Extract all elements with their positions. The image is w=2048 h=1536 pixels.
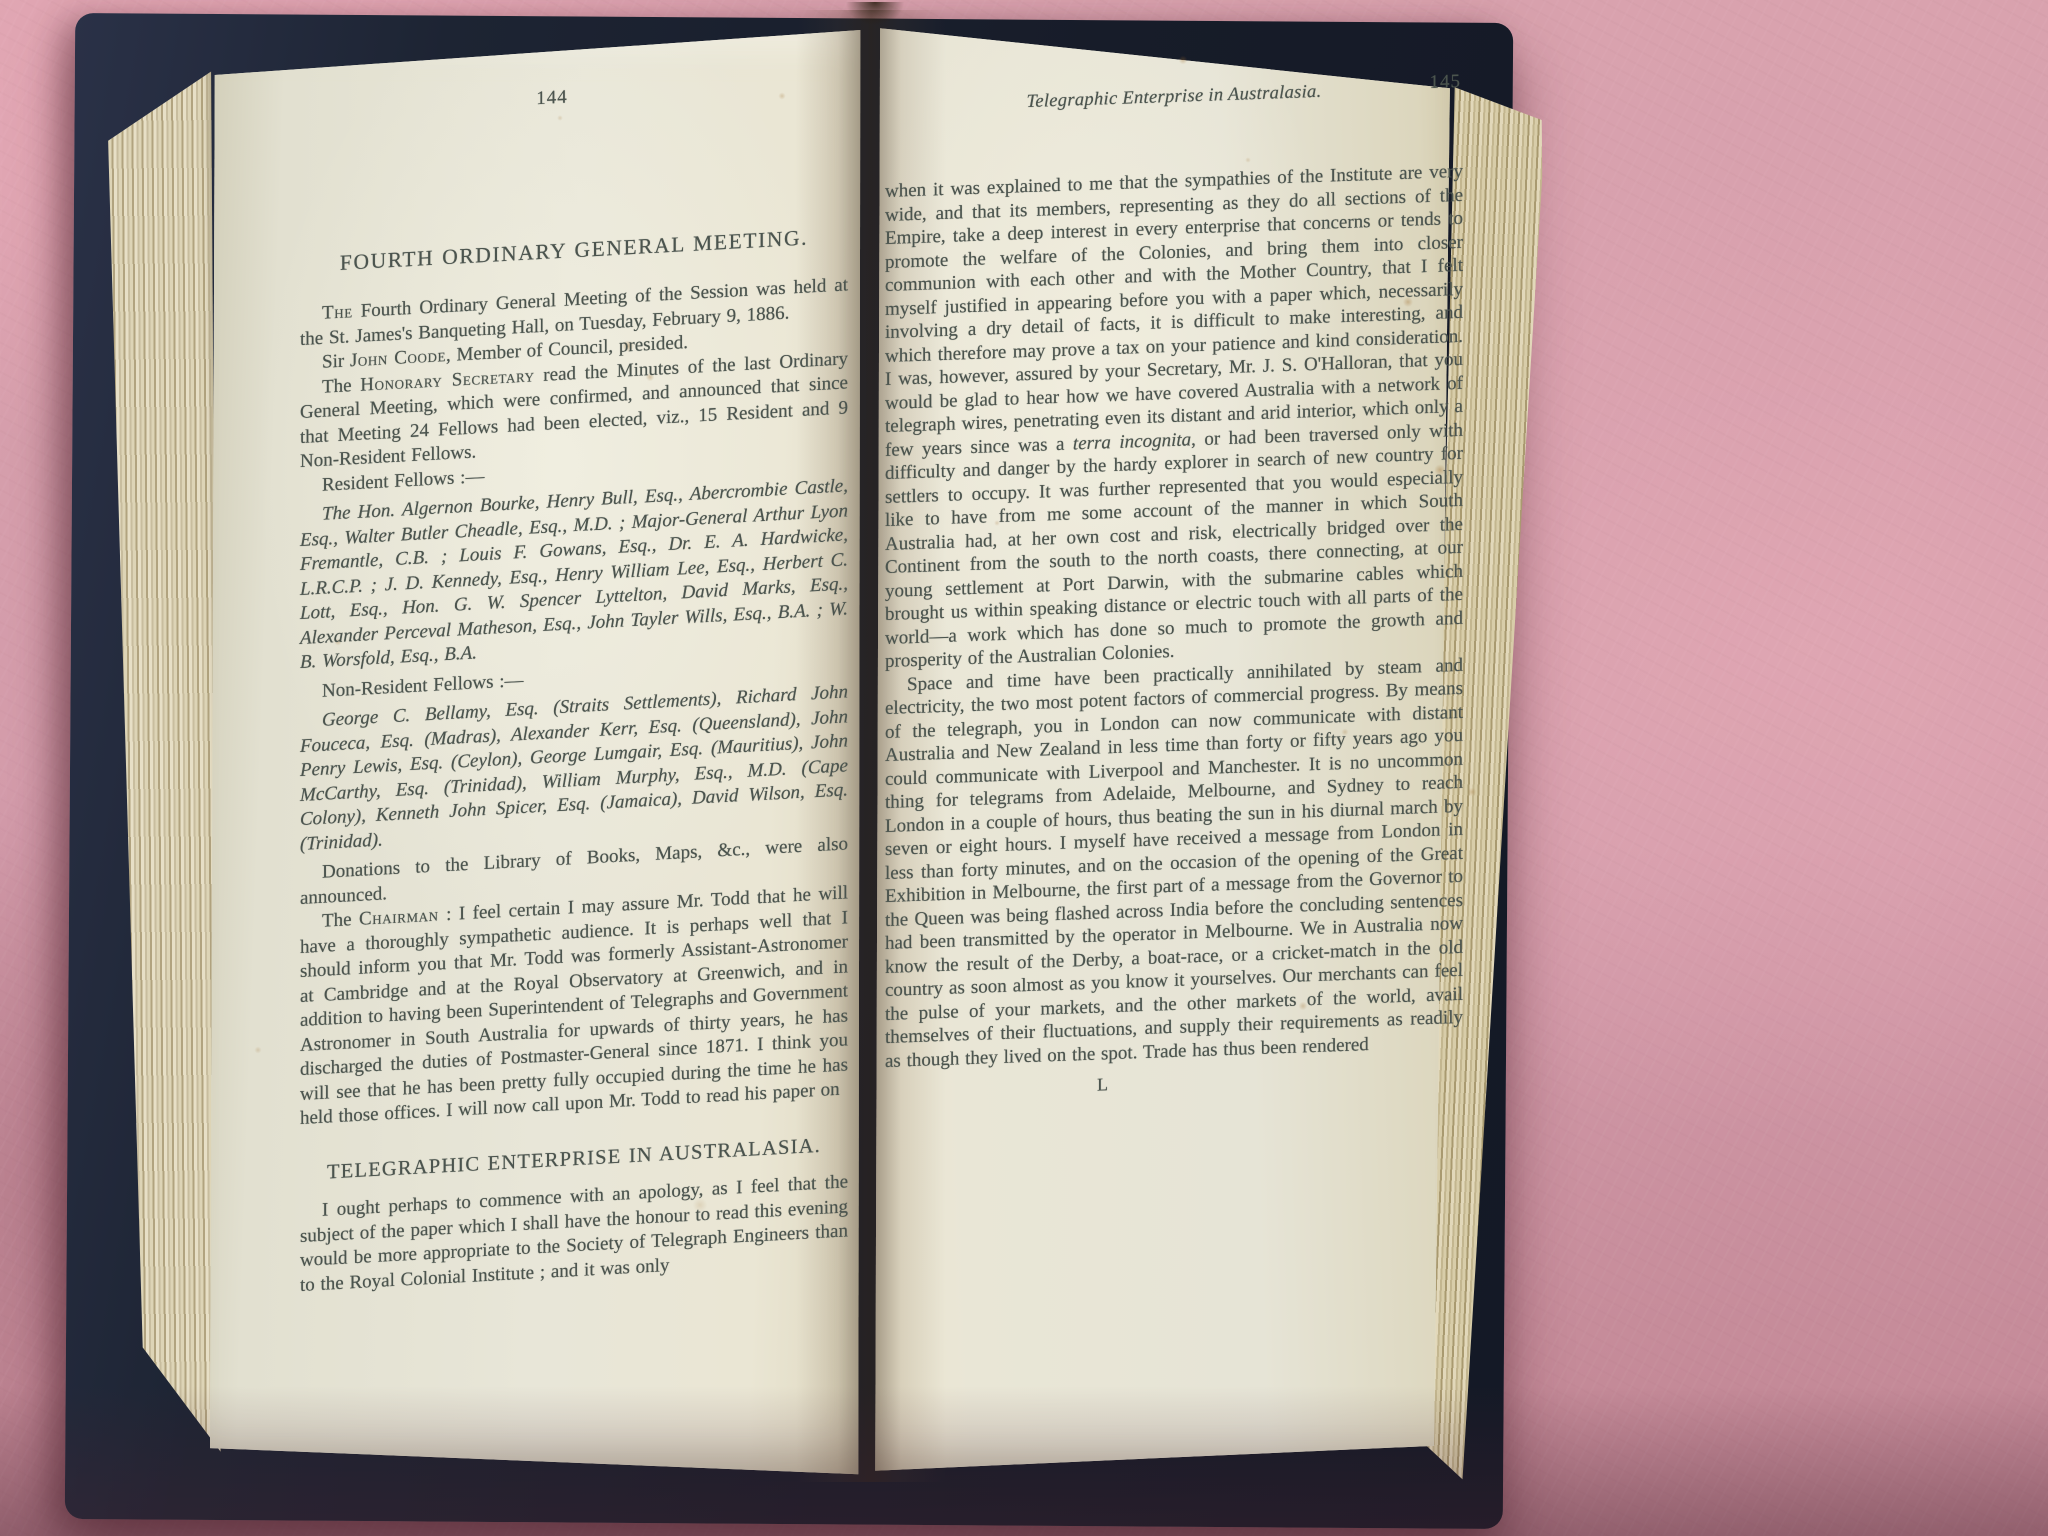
text-run: Chairman	[359, 904, 439, 929]
page-number-145: 145	[1430, 70, 1462, 95]
meeting-heading: FOURTH ORDINARY GENERAL MEETING.	[300, 223, 848, 277]
text-run: The Hon. Algernon Bourke, Henry Bull, Es…	[300, 475, 848, 673]
text-run: terra incognita	[1073, 429, 1191, 454]
text-run: L	[1097, 1074, 1108, 1094]
non-resident-fellows-list: George C. Bellamy, Esq. (Straits Settlem…	[300, 680, 848, 857]
book-photograph: 144 FOURTH ORDINARY GENERAL MEETING.The …	[0, 0, 2048, 1536]
paragraph-space-and-time: Space and time have been practically ann…	[885, 653, 1463, 1073]
paragraph-chairman-remarks: The Chairman : I feel certain I may assu…	[300, 881, 848, 1131]
text-run: Space and time have been practically ann…	[885, 654, 1463, 1071]
left-page-body: FOURTH ORDINARY GENERAL MEETING.The Four…	[300, 223, 848, 1298]
text-run: George C. Bellamy, Esq. (Straits Settlem…	[300, 681, 848, 854]
paragraph-institute-sympathies: when it was explained to me that the sym…	[885, 160, 1463, 674]
text-run: Sir	[322, 350, 350, 373]
right-page-text: Telegraphic Enterprise in Australasia. 1…	[885, 76, 1463, 1105]
text-run: Non-Resident Fellows :—	[322, 669, 524, 701]
text-run: The	[322, 301, 353, 324]
right-page-body: when it was explained to me that the sym…	[885, 160, 1463, 1105]
left-page-text: 144 FOURTH ORDINARY GENERAL MEETING.The …	[300, 70, 848, 1298]
text-run: FOURTH ORDINARY GENERAL MEETING.	[340, 225, 808, 274]
text-run: The	[322, 909, 359, 932]
text-run: when it was explained to me that the sym…	[885, 161, 1463, 461]
resident-fellows-list: The Hon. Algernon Bourke, Henry Bull, Es…	[300, 474, 848, 675]
text-run: The	[322, 374, 360, 397]
text-run: John Coode	[350, 345, 446, 371]
